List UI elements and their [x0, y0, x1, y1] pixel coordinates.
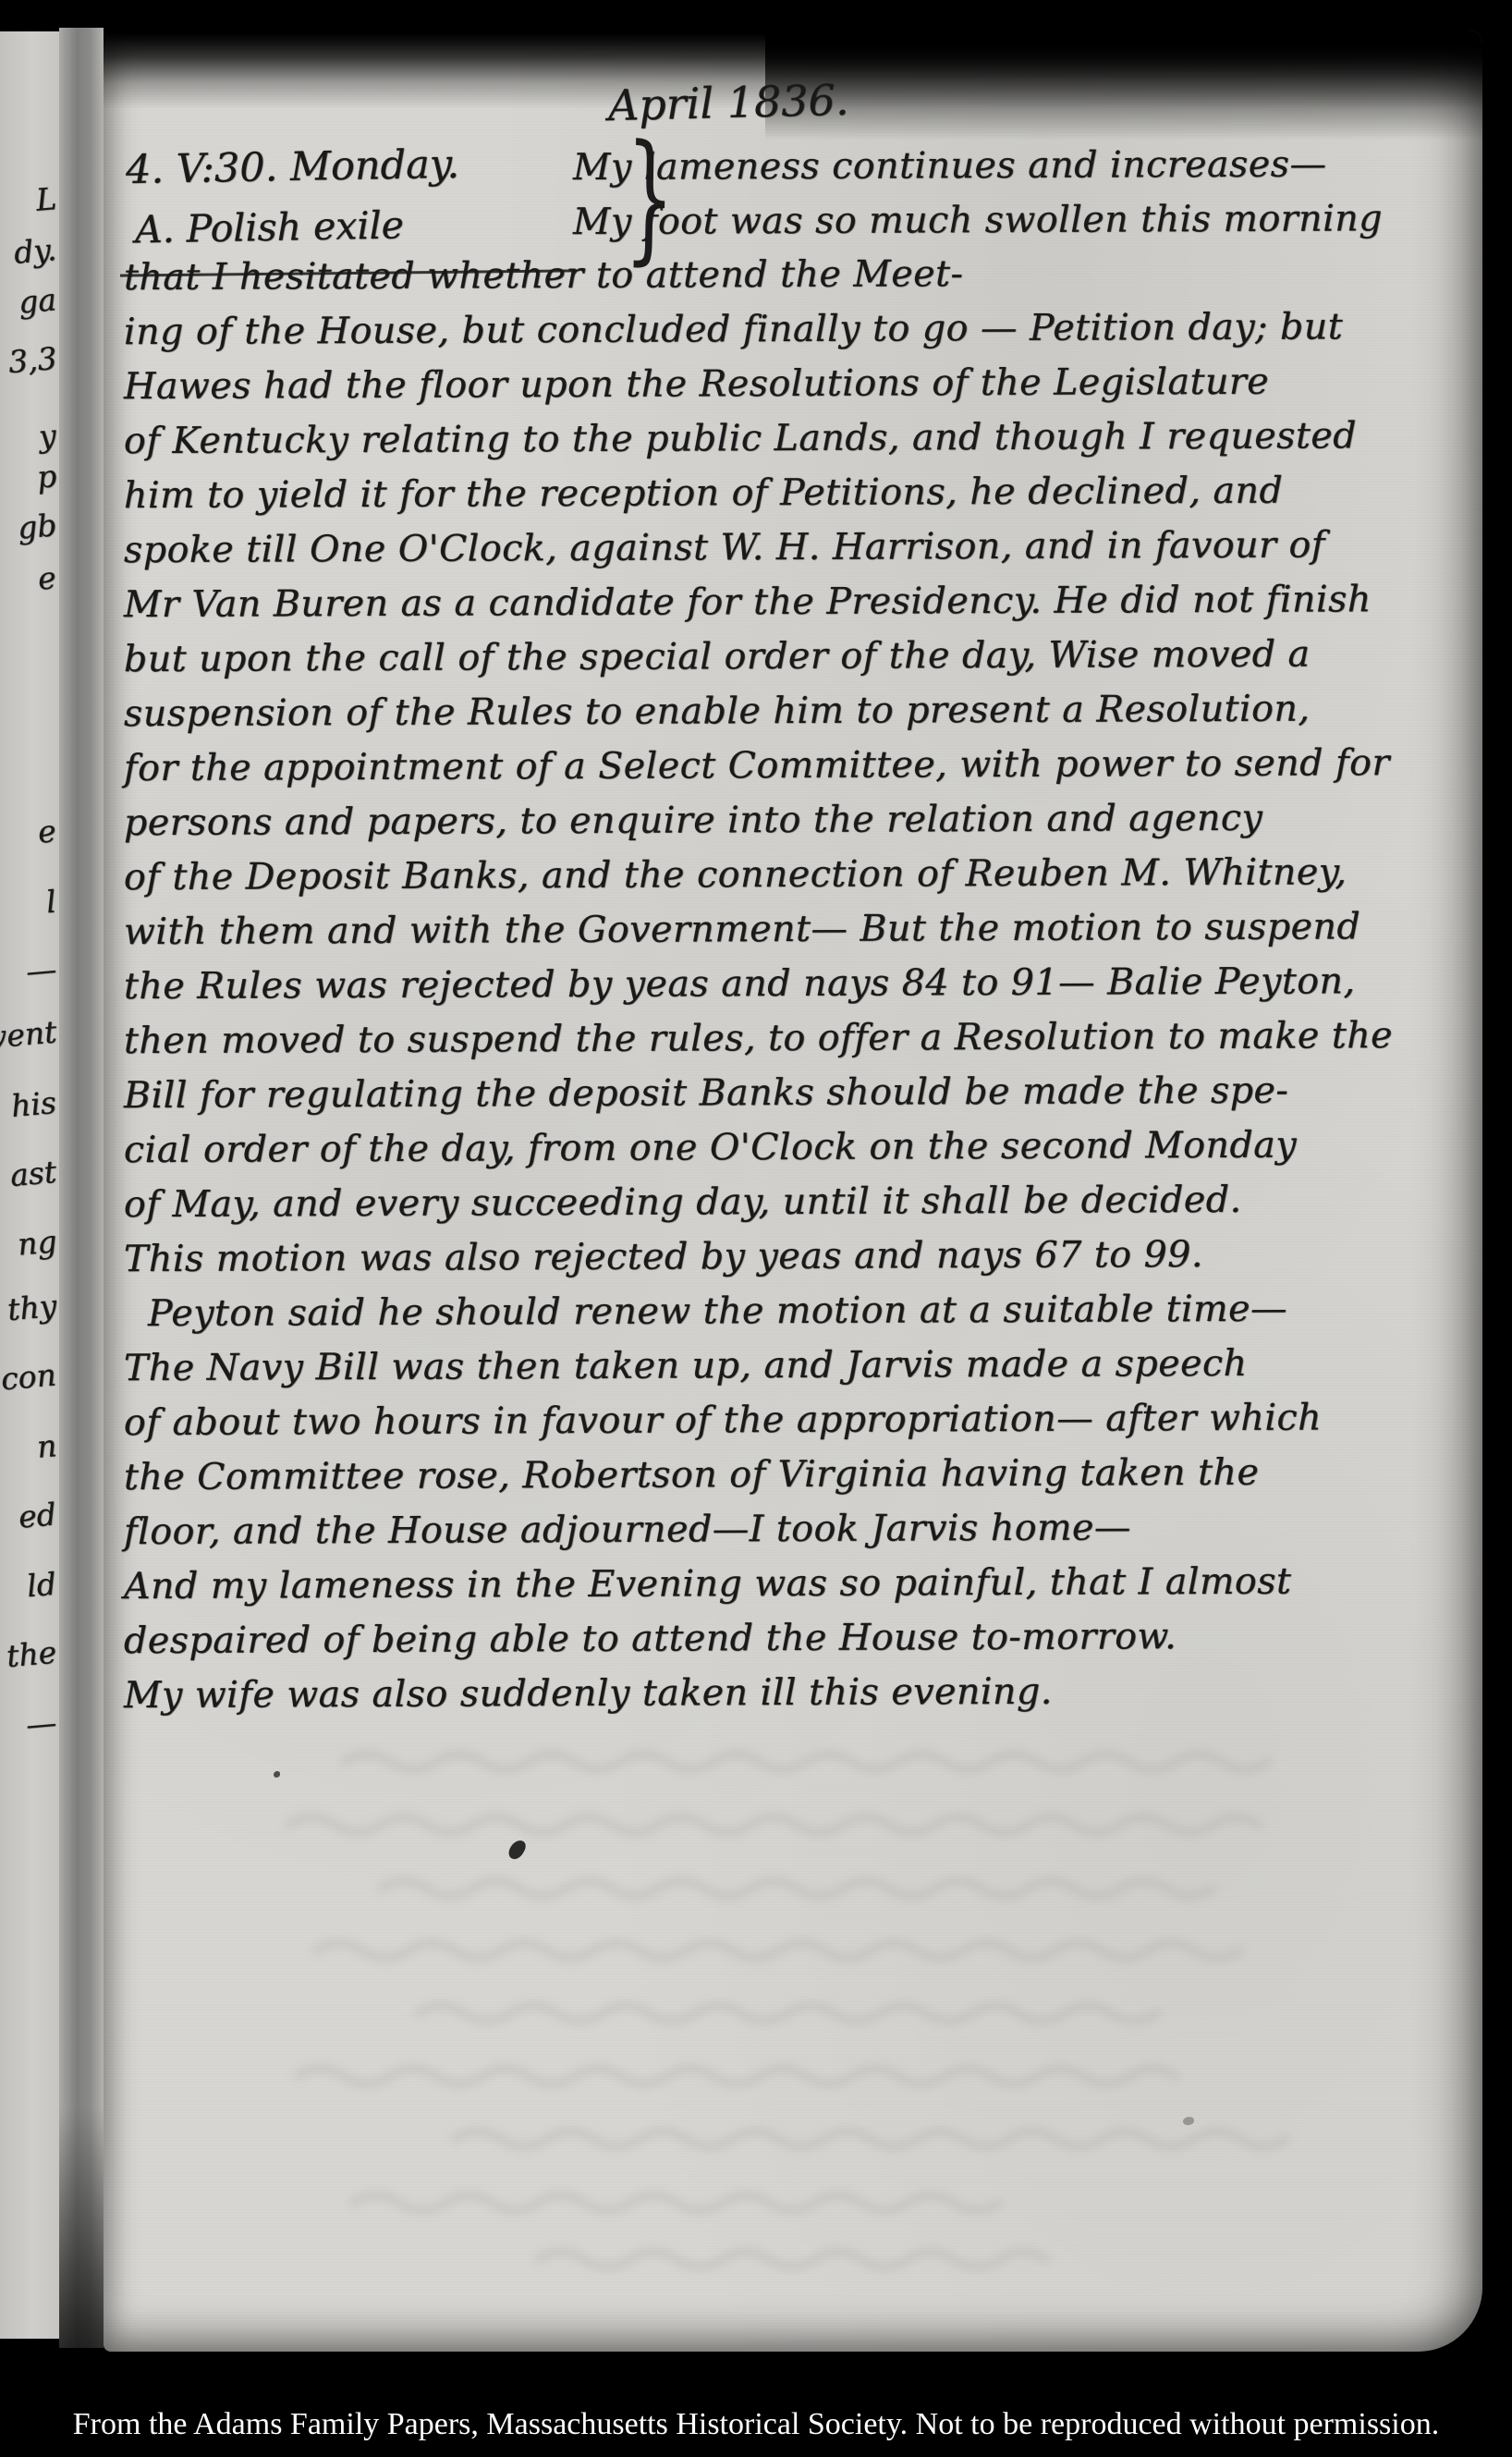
manuscript-line: Bill for regulating the deposit Banks sh… [124, 1063, 1469, 1123]
manuscript-line: Mr Van Buren as a candidate for the Pres… [124, 572, 1469, 632]
cut-off-word-fragment: ng [16, 1223, 58, 1263]
manuscript-line: of May, and every succeeding day, until … [124, 1172, 1469, 1232]
manuscript-line: Peyton said he should renew the motion a… [148, 1281, 1469, 1341]
cut-off-word-fragment: ast [9, 1154, 58, 1193]
manuscript-line: that I hesitated whether to attend the M… [124, 245, 1469, 305]
cut-off-word-fragment: gb [16, 507, 57, 546]
manuscript-line: My foot was so much swollen this morning [573, 191, 1469, 250]
cut-off-word-fragment: ga [18, 281, 58, 320]
manuscript-line: cial order of the day, from one O'Clock … [124, 1118, 1469, 1178]
manuscript-line: My lameness continues and increases— [573, 137, 1469, 195]
facing-page-edge: Ldy.ga3,3ypgbeel—wenthisastngthyconnedld… [0, 31, 59, 2339]
entry-body: My lameness continues and increases—My f… [124, 139, 1469, 1720]
manuscript-line: The Navy Bill was then taken up, and Jar… [124, 1336, 1469, 1396]
manuscript-line: spoke till One O'Clock, against W. H. Ha… [124, 518, 1469, 578]
cut-off-word-fragment: — [24, 951, 57, 990]
manuscript-line: of about two hours in favour of the appr… [124, 1390, 1469, 1450]
cut-off-word-fragment: n [35, 1427, 58, 1465]
diary-page: April 1836. 4. V:30. Monday. A. Polish e… [104, 30, 1482, 2352]
manuscript-line: the Committee rose, Robertson of Virgini… [124, 1445, 1469, 1505]
cut-off-word-fragment: dy. [13, 231, 58, 271]
manuscript-line: My wife was also suddenly taken ill this… [124, 1663, 1469, 1723]
manuscript-line: the Rules was rejected by yeas and nays … [124, 954, 1469, 1014]
credit-caption: From the Adams Family Papers, Massachuse… [0, 2407, 1512, 2442]
cut-off-word-fragment: ed [18, 1496, 58, 1534]
bleed-through-marks [233, 1736, 1434, 2291]
manuscript-line: This motion was also rejected by yeas an… [124, 1227, 1469, 1287]
manuscript-line: but upon the call of the special order o… [124, 627, 1469, 687]
cut-off-word-fragment: e [37, 559, 58, 597]
cut-off-word-fragment: — [24, 1705, 57, 1743]
manuscript-line: floor, and the House adjourned—I took Ja… [124, 1499, 1469, 1559]
manuscript-line: ing of the House, but concluded finally … [124, 299, 1469, 360]
manuscript-line: with them and with the Government— But t… [124, 899, 1469, 960]
cut-off-word-fragment: went [0, 1013, 58, 1056]
cut-off-word-fragment: 3,3 [6, 340, 58, 380]
manuscript-scan: Ldy.ga3,3ypgbeel—wenthisastngthyconnedld… [0, 0, 1512, 2457]
manuscript-line: And my lameness in the Evening was so pa… [124, 1554, 1469, 1614]
manuscript-line: persons and papers, to enquire into the … [124, 790, 1469, 850]
cut-off-word-fragment: e [37, 813, 58, 850]
manuscript-line: then moved to suspend the rules, to offe… [124, 1008, 1469, 1069]
cut-off-word-fragment: con [0, 1356, 58, 1397]
page-gutter [59, 28, 104, 2348]
manuscript-line: Hawes had the floor upon the Resolutions… [124, 354, 1469, 414]
cut-off-word-fragment: l [45, 884, 58, 921]
manuscript-line: of the Deposit Banks, and the connection… [124, 845, 1469, 905]
gutter-bottom-shadow [59, 2108, 104, 2348]
manuscript-line: despaired of being able to attend the Ho… [124, 1608, 1469, 1669]
manuscript-line: of Kentucky relating to the public Lands… [124, 409, 1469, 469]
cut-off-word-fragment: ld [26, 1566, 58, 1605]
manuscript-line: for the appointment of a Select Committe… [124, 736, 1469, 796]
cut-off-word-fragment: y [38, 417, 58, 454]
cut-off-word-fragment: thy [6, 1288, 57, 1327]
cut-off-word-fragment: his [10, 1084, 58, 1124]
manuscript-line: him to yield it for the reception of Pet… [124, 463, 1469, 523]
cut-off-word-fragment: the [5, 1634, 57, 1675]
manuscript-line: suspension of the Rules to enable him to… [124, 681, 1469, 741]
cut-off-word-fragment: p [35, 458, 57, 495]
cut-off-word-fragment: L [34, 180, 57, 218]
